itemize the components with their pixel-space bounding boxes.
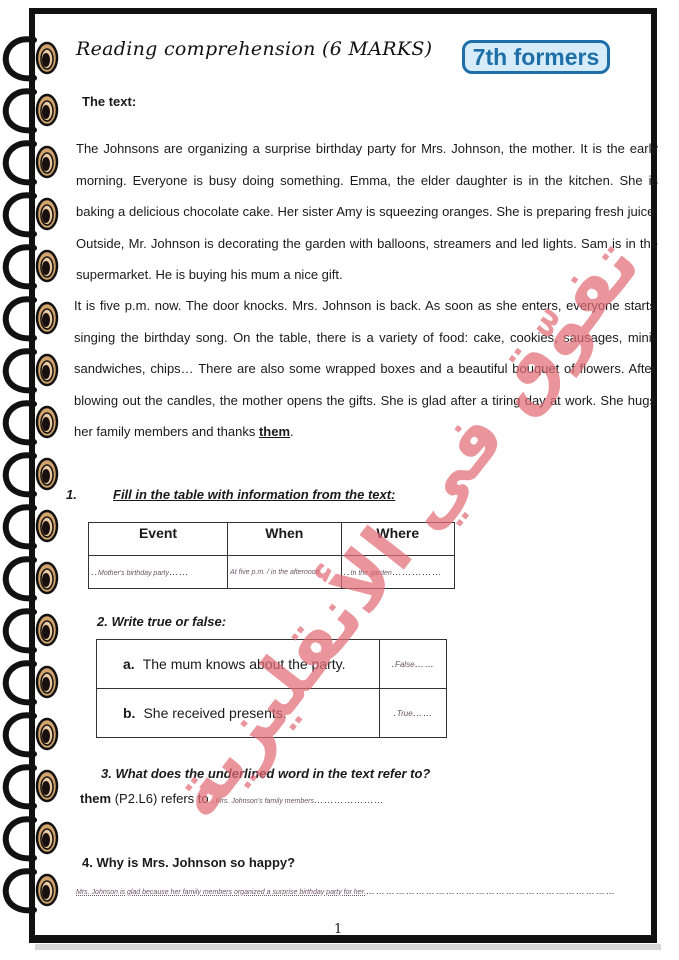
answer-cell-when[interactable]: At five p.m. / in the afternoon — [228, 556, 341, 589]
page-shadow — [35, 944, 661, 950]
question-4-instruction: 4. Why is Mrs. Johnson so happy? — [82, 855, 295, 870]
passage-paragraph-2: It is five p.m. now. The door knocks. Mr… — [74, 290, 656, 448]
question-1-instruction: Fill in the table with information from … — [113, 487, 395, 502]
question-3-instruction: 3. What does the underlined word in the … — [101, 766, 430, 781]
paragraph-2-end: . — [290, 424, 294, 439]
answer-3: Mrs. Johnson's family members — [216, 798, 314, 805]
answer-cell-a[interactable]: .False…… — [380, 640, 447, 689]
answer-b: True — [397, 709, 413, 718]
statement-b: She received presents. — [143, 705, 286, 721]
referent-word: them — [80, 791, 111, 806]
question-3-answer-line[interactable]: them (P2.L6) refers to .Mrs. Johnson's f… — [80, 791, 384, 806]
underlined-word: them — [259, 424, 290, 439]
answer-when: At five p.m. / in the afternoon — [230, 569, 320, 576]
question-1-number: 1. — [66, 487, 77, 502]
table-row: b.She received presents. .True…… — [97, 689, 447, 738]
question-4-answer-line[interactable]: Mrs. Johnson is glad because her family … — [76, 886, 654, 896]
header-where: Where — [341, 523, 454, 556]
true-false-table: a.The mum knows about the party. .False…… — [96, 639, 447, 738]
answer-a: False — [395, 660, 415, 669]
answer-cell-b[interactable]: .True…… — [380, 689, 447, 738]
passage-label: The text: — [82, 94, 136, 109]
answer-cell-event[interactable]: ..Mother's birthday party…… — [89, 556, 228, 589]
page-title: Reading comprehension (6 MARKS) — [76, 38, 432, 60]
answer-4: Mrs. Johnson is glad because her family … — [76, 889, 366, 896]
header-event: Event — [89, 523, 228, 556]
fill-in-table: Event When Where ..Mother's birthday par… — [88, 522, 455, 589]
passage-paragraph-1: The Johnsons are organizing a surprise b… — [76, 133, 658, 291]
grade-badge: 7th formers — [462, 40, 610, 74]
page-number: 1 — [334, 922, 342, 937]
paragraph-2-text: It is five p.m. now. The door knocks. Mr… — [74, 298, 656, 439]
header-when: When — [228, 523, 341, 556]
answer-event: Mother's birthday party — [98, 570, 169, 577]
answer-where: In the garden — [351, 570, 392, 577]
statement-a: The mum knows about the party. — [143, 656, 346, 672]
answer-cell-where[interactable]: ..In the garden…………… — [341, 556, 454, 589]
table-row: a.The mum knows about the party. .False…… — [97, 640, 447, 689]
question-2-instruction: 2. Write true or false: — [97, 614, 226, 629]
